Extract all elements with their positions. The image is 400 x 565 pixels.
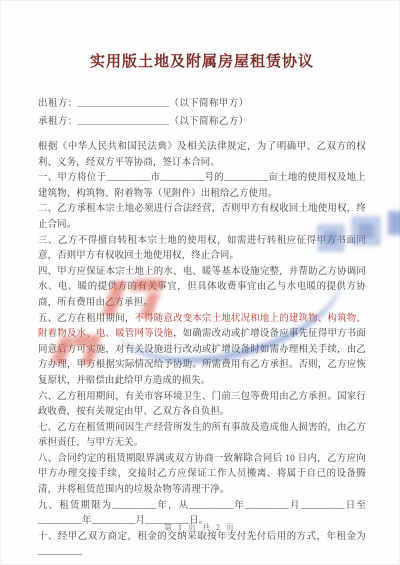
lessor-label: 出租方： bbox=[38, 98, 78, 109]
document-title: 实用版土地及附属房屋租赁协议 bbox=[38, 50, 366, 71]
clause-text: 十、经甲乙双方商定，租金的交纳采取按年支付先付后用的方式，年租金为_______… bbox=[38, 532, 366, 558]
page-number-footer: 第 1 页 共 2 页 bbox=[0, 522, 400, 533]
watermark-blue-seal bbox=[388, 211, 400, 235]
contract-paragraph: 三、乙方不得擅自转租本宗土地的使用权，如需进行转租应征得甲方书面同意，否则甲方有… bbox=[38, 234, 366, 265]
contract-paragraph: 八、合同约定的租赁期限界满或双方协商一致解除合同后 10 日内，乙方应向甲方办理… bbox=[38, 452, 366, 499]
clause-text: 四、甲方应保证本宗土地上的水、电、暖等基本设施完整，并帮助乙方协调同水、电、暖的… bbox=[38, 267, 366, 308]
lessee-label: 承租方： bbox=[38, 116, 78, 127]
lessor-line: 出租方：__________________（以下简称甲方） bbox=[38, 95, 366, 113]
lessor-suffix: （以下简称甲方） bbox=[169, 98, 248, 109]
contract-paragraph: 根据《中华人民共和国民法典》及相关法律规定，为了明确甲、乙双方的权利、义务，经双… bbox=[38, 140, 366, 171]
clause-text: 七、乙方在租赁期间因生产经营所发生的所有事故及造成他人损害的，由乙方承担责任，与… bbox=[38, 423, 366, 449]
clause-text: 五、乙方在租用期间， bbox=[38, 314, 135, 324]
contract-paragraph: 一、甲方将位于_________市_________号的_________亩土地… bbox=[38, 171, 366, 202]
contract-page: 实用版土地及附属房屋租赁协议 出租方：__________________（以下… bbox=[0, 0, 400, 565]
clause-text: 根据《中华人民共和国民法典》及相关法律规定，为了明确甲、乙双方的权利、义务，经双… bbox=[38, 142, 366, 168]
clause-text: 六、乙方租用期间，有关市容环境卫生、门前三包等费用由乙方承担。国家行政收费，按有… bbox=[38, 392, 366, 418]
clause-text: 八、合同约定的租赁期限界满或双方协商一致解除合同后 10 日内，乙方应向甲方办理… bbox=[38, 454, 366, 495]
lessee-line: 承租方：__________________（以下简称乙方） bbox=[38, 113, 366, 131]
contract-paragraph: 二、乙方承租本宗土地必须进行合法经营，否则甲方有权收回土地使用权，终止合同。 bbox=[38, 202, 366, 233]
contract-paragraph: 六、乙方租用期间，有关市容环境卫生、门前三包等费用由乙方承担。国家行政收费，按有… bbox=[38, 390, 366, 421]
contract-body: 根据《中华人民共和国民法典》及相关法律规定，为了明确甲、乙双方的权利、义务，经双… bbox=[38, 140, 366, 561]
clause-text: 二、乙方承租本宗土地必须进行合法经营，否则甲方有权收回土地使用权，终止合同。 bbox=[38, 204, 366, 230]
contract-paragraph: 四、甲方应保证本宗土地上的水、电、暖等基本设施完整，并帮助乙方协调同水、电、暖的… bbox=[38, 265, 366, 312]
lessee-blank-field: __________________ bbox=[78, 116, 170, 127]
lessee-suffix: （以下简称乙方） bbox=[169, 116, 248, 127]
lessor-blank-field: __________________ bbox=[78, 98, 170, 109]
contract-paragraph: 七、乙方在租赁期间因生产经营所发生的所有事故及造成他人损害的，由乙方承担责任，与… bbox=[38, 421, 366, 452]
contract-paragraph: 五、乙方在租用期间，不得随意改变本宗土地状况和地上的建筑物、构筑物、附着物及水、… bbox=[38, 312, 366, 390]
contract-paragraph: 十、经甲乙双方商定，租金的交纳采取按年支付先付后用的方式，年租金为_______… bbox=[38, 530, 366, 561]
clause-text: 一、甲方将位于_________市_________号的_________亩土地… bbox=[38, 173, 366, 199]
clause-text: 三、乙方不得擅自转租本宗土地的使用权，如需进行转租应征得甲方书面同意，否则甲方有… bbox=[38, 236, 366, 262]
